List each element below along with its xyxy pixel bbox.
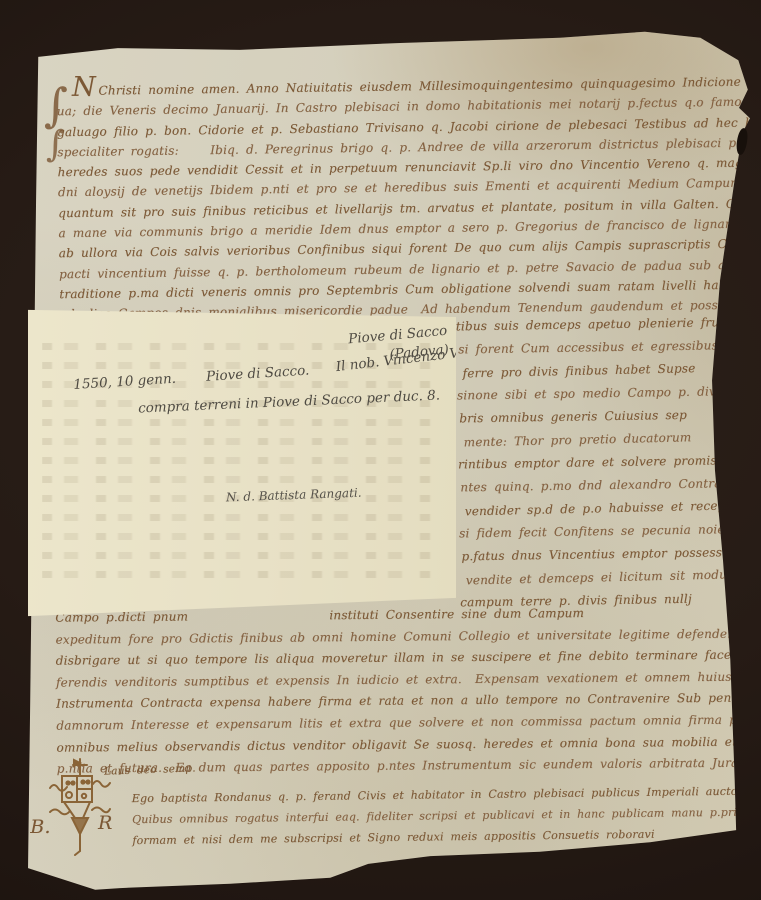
manuscript-line-fragment: tibus suis demceps apetuo plenierie frue… [456,311,761,339]
archivist-note: Piove di Sacco (Padova) 1550, 10 genn. P… [28,308,456,618]
notary-initial-b: .B. [24,816,51,838]
manuscript-bottom-block: Campo p.dicti pnum instituti Consentire … [55,600,761,780]
notary-subscription-block: Ego baptista Rondanus q. p. ferand Civis… [132,780,761,851]
manuscript-line-fragment: bris omnibus generis Cuiusius sep [459,403,761,431]
manuscript-line-fragment: si fidem fecit Confitens se pecunia noie [459,518,761,546]
notary-initial-r: R [98,812,113,834]
notary-sign-icon [48,756,112,856]
manuscript-right-fragments: tibus suis demceps apetuo plenierie frue… [458,311,761,615]
manuscript-line-fragment: sinone sibi et spo medio Campo p. divis [457,380,761,408]
manuscript-line-fragment: si forent Cum accessibus et egressibus [458,334,761,362]
manuscript-scan: ∫ ∫ N Christi nomine amen. Anno Natiuita… [0,0,761,900]
manuscript-top-block: Christi nomine amen. Anno Natiuitatis ei… [56,71,761,325]
manuscript-line-fragment: rintibus emptor dare et solvere promisit [458,449,761,477]
